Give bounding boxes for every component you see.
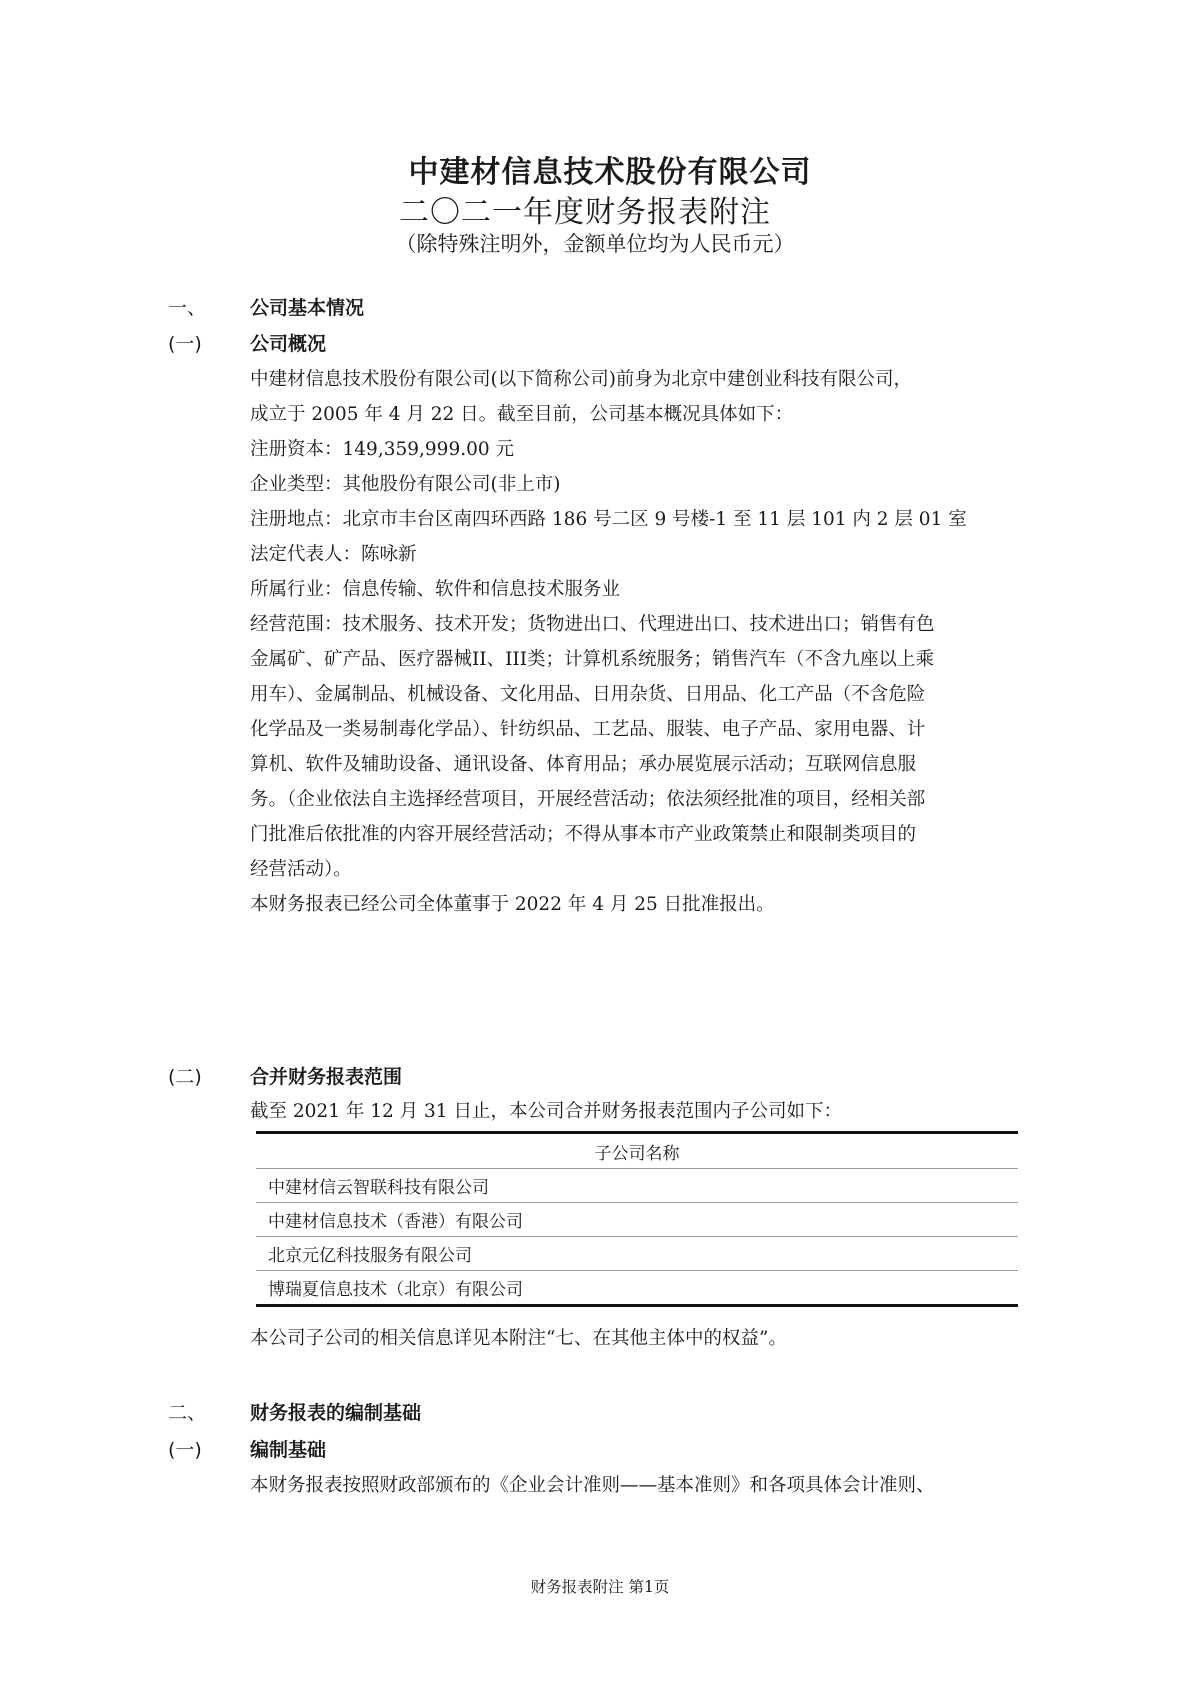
consolidation-intro-text: 截至 2021 年 12 月 31 日止，本公司合并财务报表范围内子公司如下： — [250, 1094, 1020, 1129]
subsidiary-note: 本公司子公司的相关信息详见本附注“七、在其他主体中的权益”。 — [250, 1321, 1020, 1356]
table-row: 北京元亿科技服务有限公司 — [256, 1237, 1018, 1271]
fact-label: 注册地点： — [250, 509, 343, 530]
approval-statement: 本财务报表已经公司全体董事于 2022 年 4 月 25 日批准报出。 — [250, 887, 1020, 922]
business-scope-line: 算机、软件及辅助设备、通讯设备、体育用品；承办展览展示活动；互联网信息服 — [250, 747, 1020, 782]
fact-label: 所属行业： — [250, 579, 343, 600]
subsection-number: (一) — [168, 327, 238, 361]
consolidation-intro: 截至 2021 年 12 月 31 日止，本公司合并财务报表范围内子公司如下： — [250, 1094, 1020, 1129]
intro-line: 成立于 2005 年 4 月 22 日。截至目前，公司基本概况具体如下： — [250, 397, 1020, 432]
fact-label: 法定代表人： — [250, 544, 361, 565]
company-title: 中建材信息技术股份有限公司 — [0, 147, 1200, 191]
subsidiary-note-text: 本公司子公司的相关信息详见本附注“七、在其他主体中的权益”。 — [250, 1321, 1020, 1356]
subsection-title: 合并财务报表范围 — [250, 1060, 402, 1094]
subsection-number: (一) — [168, 1433, 238, 1467]
company-overview: 中建材信息技术股份有限公司(以下简称公司)前身为北京中建创业科技有限公司， 成立… — [250, 362, 1020, 922]
subsection-title: 编制基础 — [250, 1433, 326, 1467]
unit-note: （除特殊注明外，金额单位均为人民币元） — [0, 228, 1200, 258]
business-scope-line: 务。（企业依法自主选择经营项目，开展经营活动；依法须经批准的项目，经相关部 — [250, 782, 1020, 817]
subsidiary-name: 中建材信云智联科技有限公司 — [256, 1169, 1018, 1203]
fact-label: 注册资本： — [250, 439, 343, 460]
section-number: 二、 — [168, 1396, 238, 1430]
business-scope-line: 门批准后依批准的内容开展经营活动；不得从事本市产业政策禁止和限制类项目的 — [250, 817, 1020, 852]
fact-value: 北京市丰台区南四环西路 186 号二区 9 号楼-1 至 11 层 101 内 … — [343, 509, 967, 530]
business-scope-line: 化学品及一类易制毒化学品）、针纺织品、工艺品、服装、电子产品、家用电器、计 — [250, 712, 1020, 747]
report-title: 二〇二一年度财务报表附注 — [0, 187, 1200, 231]
fact-legal-representative: 法定代表人：陈咏新 — [250, 537, 1020, 572]
subsidiary-name: 博瑞夏信息技术（北京）有限公司 — [256, 1271, 1018, 1306]
fact-registered-capital: 注册资本：149,359,999.00 元 — [250, 432, 1020, 467]
table-row: 博瑞夏信息技术（北京）有限公司 — [256, 1271, 1018, 1306]
subsection-title: 公司概况 — [250, 327, 326, 361]
business-scope-line: 金属矿、矿产品、医疗器械II、III类；计算机系统服务；销售汽车（不含九座以上乘 — [250, 642, 1020, 677]
footer-page-number: 第1页 — [629, 1578, 670, 1596]
footer-label: 财务报表附注 — [531, 1578, 624, 1596]
business-scope-line: 经营范围：技术服务、技术开发；货物进出口、代理进出口、技术进出口；销售有色 — [250, 607, 1020, 642]
subsidiaries-table: 子公司名称 中建材信云智联科技有限公司 中建材信息技术（香港）有限公司 北京元亿… — [256, 1131, 1018, 1307]
fact-registered-address: 注册地点：北京市丰台区南四环西路 186 号二区 9 号楼-1 至 11 层 1… — [250, 502, 1020, 537]
table-header-row: 子公司名称 — [256, 1133, 1018, 1169]
section-title: 财务报表的编制基础 — [250, 1396, 421, 1430]
section-number: 一、 — [168, 291, 238, 325]
section-title: 公司基本情况 — [250, 291, 364, 325]
fact-value: 其他股份有限公司(非上市) — [343, 474, 561, 495]
subsidiary-name: 中建材信息技术（香港）有限公司 — [256, 1203, 1018, 1237]
subsection-number: (二) — [168, 1060, 238, 1094]
fact-enterprise-type: 企业类型：其他股份有限公司(非上市) — [250, 467, 1020, 502]
fact-value: 陈咏新 — [361, 544, 417, 565]
fact-industry: 所属行业：信息传输、软件和信息技术服务业 — [250, 572, 1020, 607]
preparation-basis-text: 本财务报表按照财政部颁布的《企业会计准则——基本准则》和各项具体会计准则、 — [250, 1468, 1020, 1503]
fact-value: 149,359,999.00 元 — [343, 439, 515, 460]
page-footer: 财务报表附注 第1页 — [0, 1575, 1200, 1597]
fact-value: 信息传输、软件和信息技术服务业 — [343, 579, 621, 600]
business-scope-line: 用车）、金属制品、机械设备、文化用品、日用杂货、日用品、化工产品（不含危险 — [250, 677, 1020, 712]
table-row: 中建材信息技术（香港）有限公司 — [256, 1203, 1018, 1237]
business-scope: 经营范围：技术服务、技术开发；货物进出口、代理进出口、技术进出口；销售有色 金属… — [250, 607, 1020, 887]
table-row: 中建材信云智联科技有限公司 — [256, 1169, 1018, 1203]
intro-line: 中建材信息技术股份有限公司(以下简称公司)前身为北京中建创业科技有限公司， — [250, 362, 1020, 397]
document-page: 中建材信息技术股份有限公司 二〇二一年度财务报表附注 （除特殊注明外，金额单位均… — [0, 0, 1200, 1696]
fact-label: 企业类型： — [250, 474, 343, 495]
subsidiary-name: 北京元亿科技服务有限公司 — [256, 1237, 1018, 1271]
preparation-basis: 本财务报表按照财政部颁布的《企业会计准则——基本准则》和各项具体会计准则、 — [250, 1468, 1020, 1503]
table-header-subsidiary-name: 子公司名称 — [256, 1133, 1018, 1169]
business-scope-line: 经营活动）。 — [250, 852, 1020, 887]
